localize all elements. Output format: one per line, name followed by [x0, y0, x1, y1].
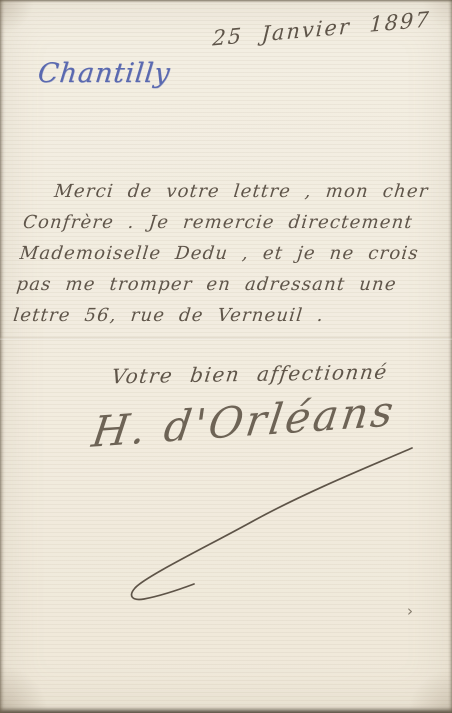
signature-flourish: [80, 428, 440, 608]
letterhead-chantilly: Chantilly: [36, 58, 172, 89]
letter-body: Merci de votre lettre , mon cher Confrèr…: [12, 176, 440, 331]
letter-closing: Votre bien affectionné: [110, 360, 389, 389]
paper-fold-crease: [0, 337, 452, 340]
body-line: pas me tromper en adressant une: [15, 269, 430, 300]
scanned-letter-page: 25 Janvier 1897 Chantilly Merci de votre…: [0, 0, 452, 713]
body-line: Merci de votre lettre , mon cher: [25, 176, 440, 207]
signature-text: H. d'Orléans: [89, 384, 425, 457]
letter-date: 25 Janvier 1897: [212, 5, 452, 50]
body-line: Mademoiselle Dedu , et je ne crois: [18, 238, 433, 269]
signature-flourish-stroke: [132, 448, 412, 599]
body-line: lettre 56, rue de Verneuil .: [12, 300, 427, 331]
stray-ink-mark: ›: [407, 602, 413, 620]
body-line: Confrère . Je remercie directement: [21, 207, 436, 238]
